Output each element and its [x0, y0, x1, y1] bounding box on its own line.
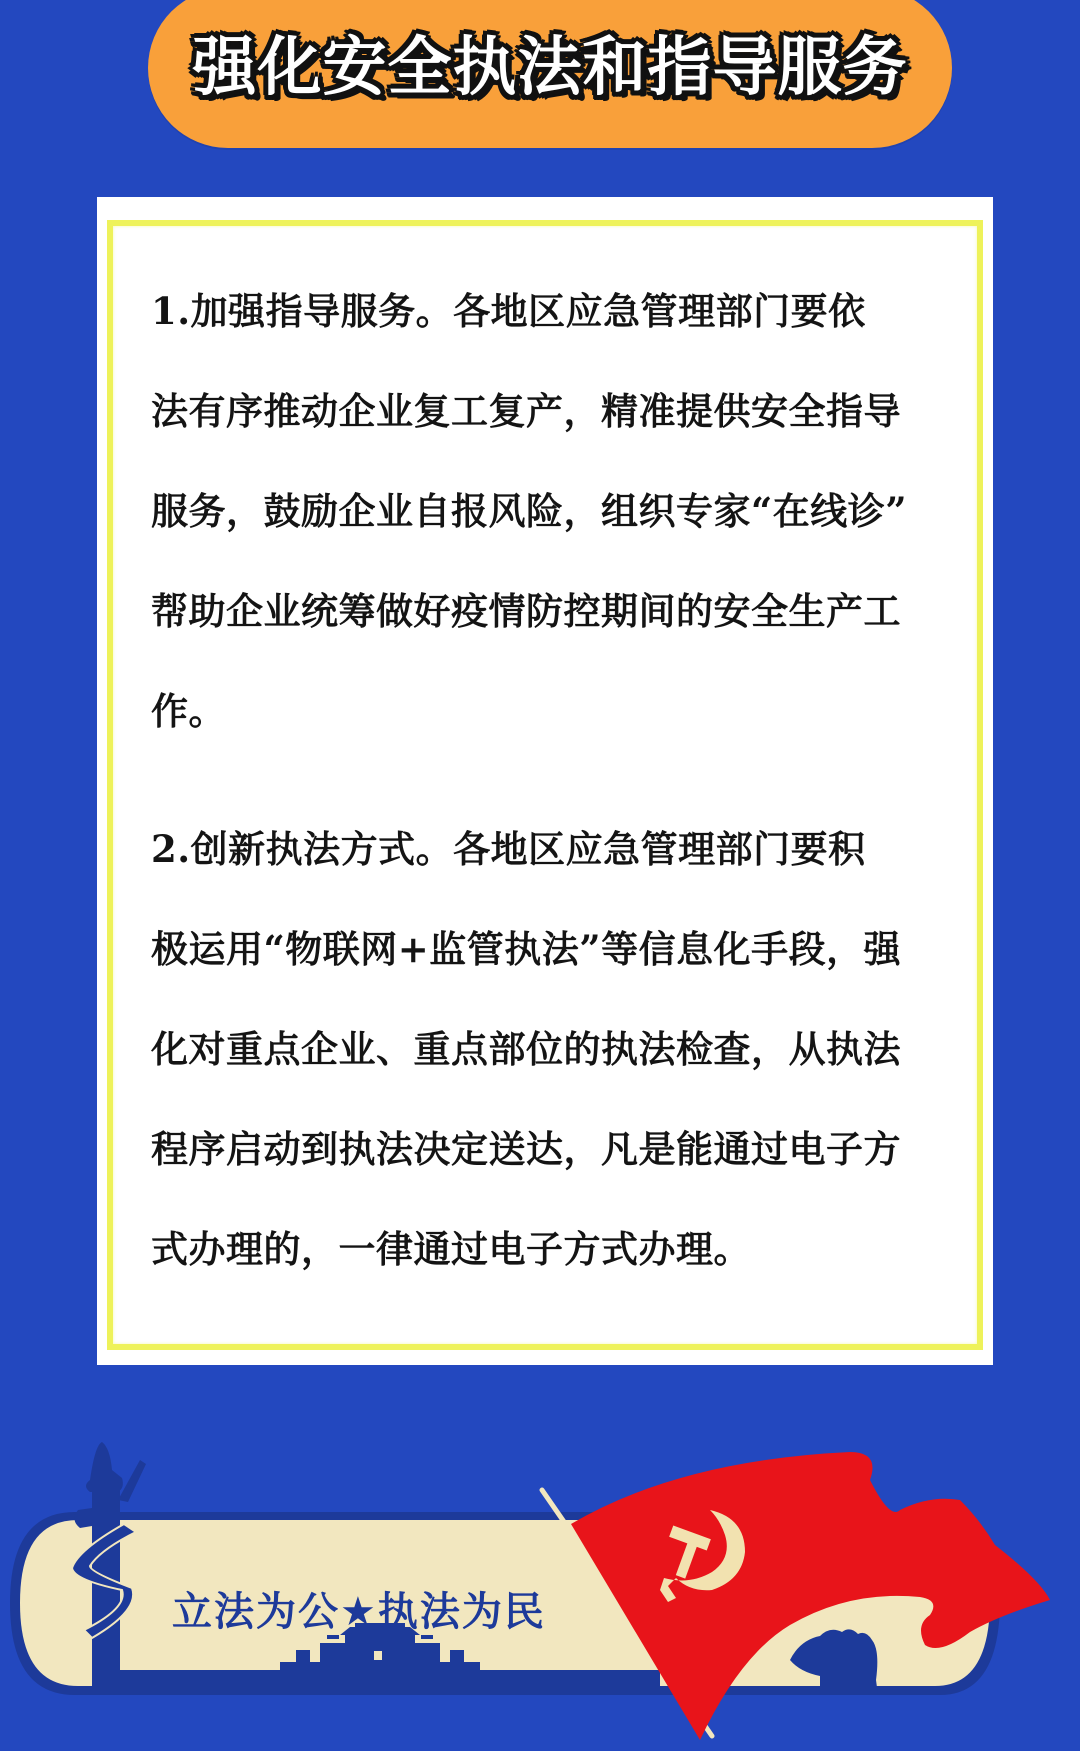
paragraph-line: 化对重点企业、重点部位的执法检查，从执法	[151, 999, 971, 1099]
slogan-banner: 立法为公★执法为民	[0, 1440, 1080, 1751]
party-flag-icon	[571, 1452, 1050, 1740]
paragraph-line: 法有序推动企业复工复产，精准提供安全指导	[151, 361, 971, 461]
paragraph-guidance-service: 1.加强指导服务。各地区应急管理部门要依 法有序推动企业复工复产，精准提供安全指…	[151, 261, 971, 761]
paragraph-line: 极运用“物联网+监管执法”等信息化手段，强	[151, 899, 971, 999]
paragraph-line: 作。	[151, 661, 971, 761]
content-card-border: 1.加强指导服务。各地区应急管理部门要依 法有序推动企业复工复产，精准提供安全指…	[107, 220, 983, 1350]
paragraph-line: 帮助企业统筹做好疫情防控期间的安全生产工	[151, 561, 971, 661]
title-banner: 强化安全执法和指导服务	[148, 0, 952, 148]
paragraph-line: 式办理的，一律通过电子方式办理。	[151, 1199, 971, 1299]
slogan-text: 立法为公★执法为民	[172, 1580, 546, 1637]
paragraph-line: 服务，鼓励企业自报风险，组织专家“在线诊”	[151, 461, 971, 561]
paragraph-enforcement-method: 2.创新执法方式。各地区应急管理部门要积 极运用“物联网+监管执法”等信息化手段…	[151, 799, 971, 1299]
paragraph-line: 2.创新执法方式。各地区应急管理部门要积	[151, 799, 971, 899]
page-title: 强化安全执法和指导服务	[148, 28, 952, 108]
content-card: 1.加强指导服务。各地区应急管理部门要依 法有序推动企业复工复产，精准提供安全指…	[97, 197, 993, 1365]
paragraph-line: 程序启动到执法决定送达，凡是能通过电子方	[151, 1099, 971, 1199]
paragraph-line: 1.加强指导服务。各地区应急管理部门要依	[151, 261, 971, 361]
